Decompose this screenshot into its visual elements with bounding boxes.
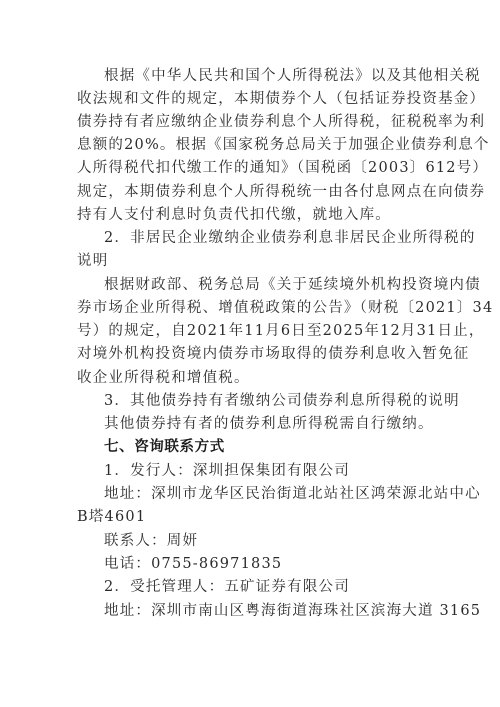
issuer-address-continued: B塔4601 [77, 506, 425, 528]
section-heading: 七、咨询联系方式 [104, 436, 425, 458]
paragraph-line: 息额的20%。根据《国家税务总局关于加强企业债券利息个 [77, 134, 425, 156]
subsection-title: 3．其他债券持有者缴纳公司债券利息所得税的说明 [104, 390, 425, 412]
paragraph-line: 号）的规定，自2021年11月6日至2025年12月31日止， [77, 320, 425, 342]
paragraph-line: 其他债券持有者的债券利息所得税需自行缴纳。 [104, 413, 425, 435]
paragraph-line: 根据《中华人民共和国个人所得税法》以及其他相关税 [104, 65, 425, 87]
paragraph-line: 根据财政部、税务总局《关于延续境外机构投资境内债 [104, 274, 425, 296]
issuer-address: 地址：深圳市龙华区民治街道北站社区鸿荣源北站中心 [104, 483, 425, 505]
issuer-phone: 电话：0755-86971835 [104, 553, 425, 575]
issuer-contact: 联系人：周妍 [104, 530, 425, 552]
subsection-title-continued: 说明 [77, 250, 425, 272]
paragraph-line: 券市场企业所得税、增值税政策的公告》（财税〔2021〕34 [77, 297, 425, 319]
issuer-line: 1．发行人：深圳担保集团有限公司 [104, 460, 425, 482]
paragraph-line: 对境外机构投资境内债券市场取得的债券利息收入暂免征 [77, 343, 425, 365]
paragraph-line: 持有人支付利息时负责代扣代缴，就地入库。 [77, 204, 425, 226]
paragraph-line: 收企业所得税和增值税。 [77, 367, 425, 389]
paragraph-line: 人所得税代扣代缴工作的通知》（国税函〔2003〕612号） [77, 157, 425, 179]
trustee-address: 地址：深圳市南山区粤海街道海珠社区滨海大道 3165 [104, 600, 425, 622]
paragraph-line: 规定，本期债券利息个人所得税统一由各付息网点在向债券 [77, 181, 425, 203]
paragraph-line: 收法规和文件的规定，本期债券个人（包括证券投资基金） [77, 88, 425, 110]
paragraph-line: 债券持有者应缴纳企业债券利息个人所得税，征税税率为利 [77, 111, 425, 133]
trustee-line: 2．受托管理人：五矿证券有限公司 [104, 576, 425, 598]
document-page: 根据《中华人民共和国个人所得税法》以及其他相关税 收法规和文件的规定，本期债券个… [0, 0, 500, 707]
subsection-title: 2．非居民企业缴纳企业债券利息非居民企业所得税的 [104, 227, 425, 249]
